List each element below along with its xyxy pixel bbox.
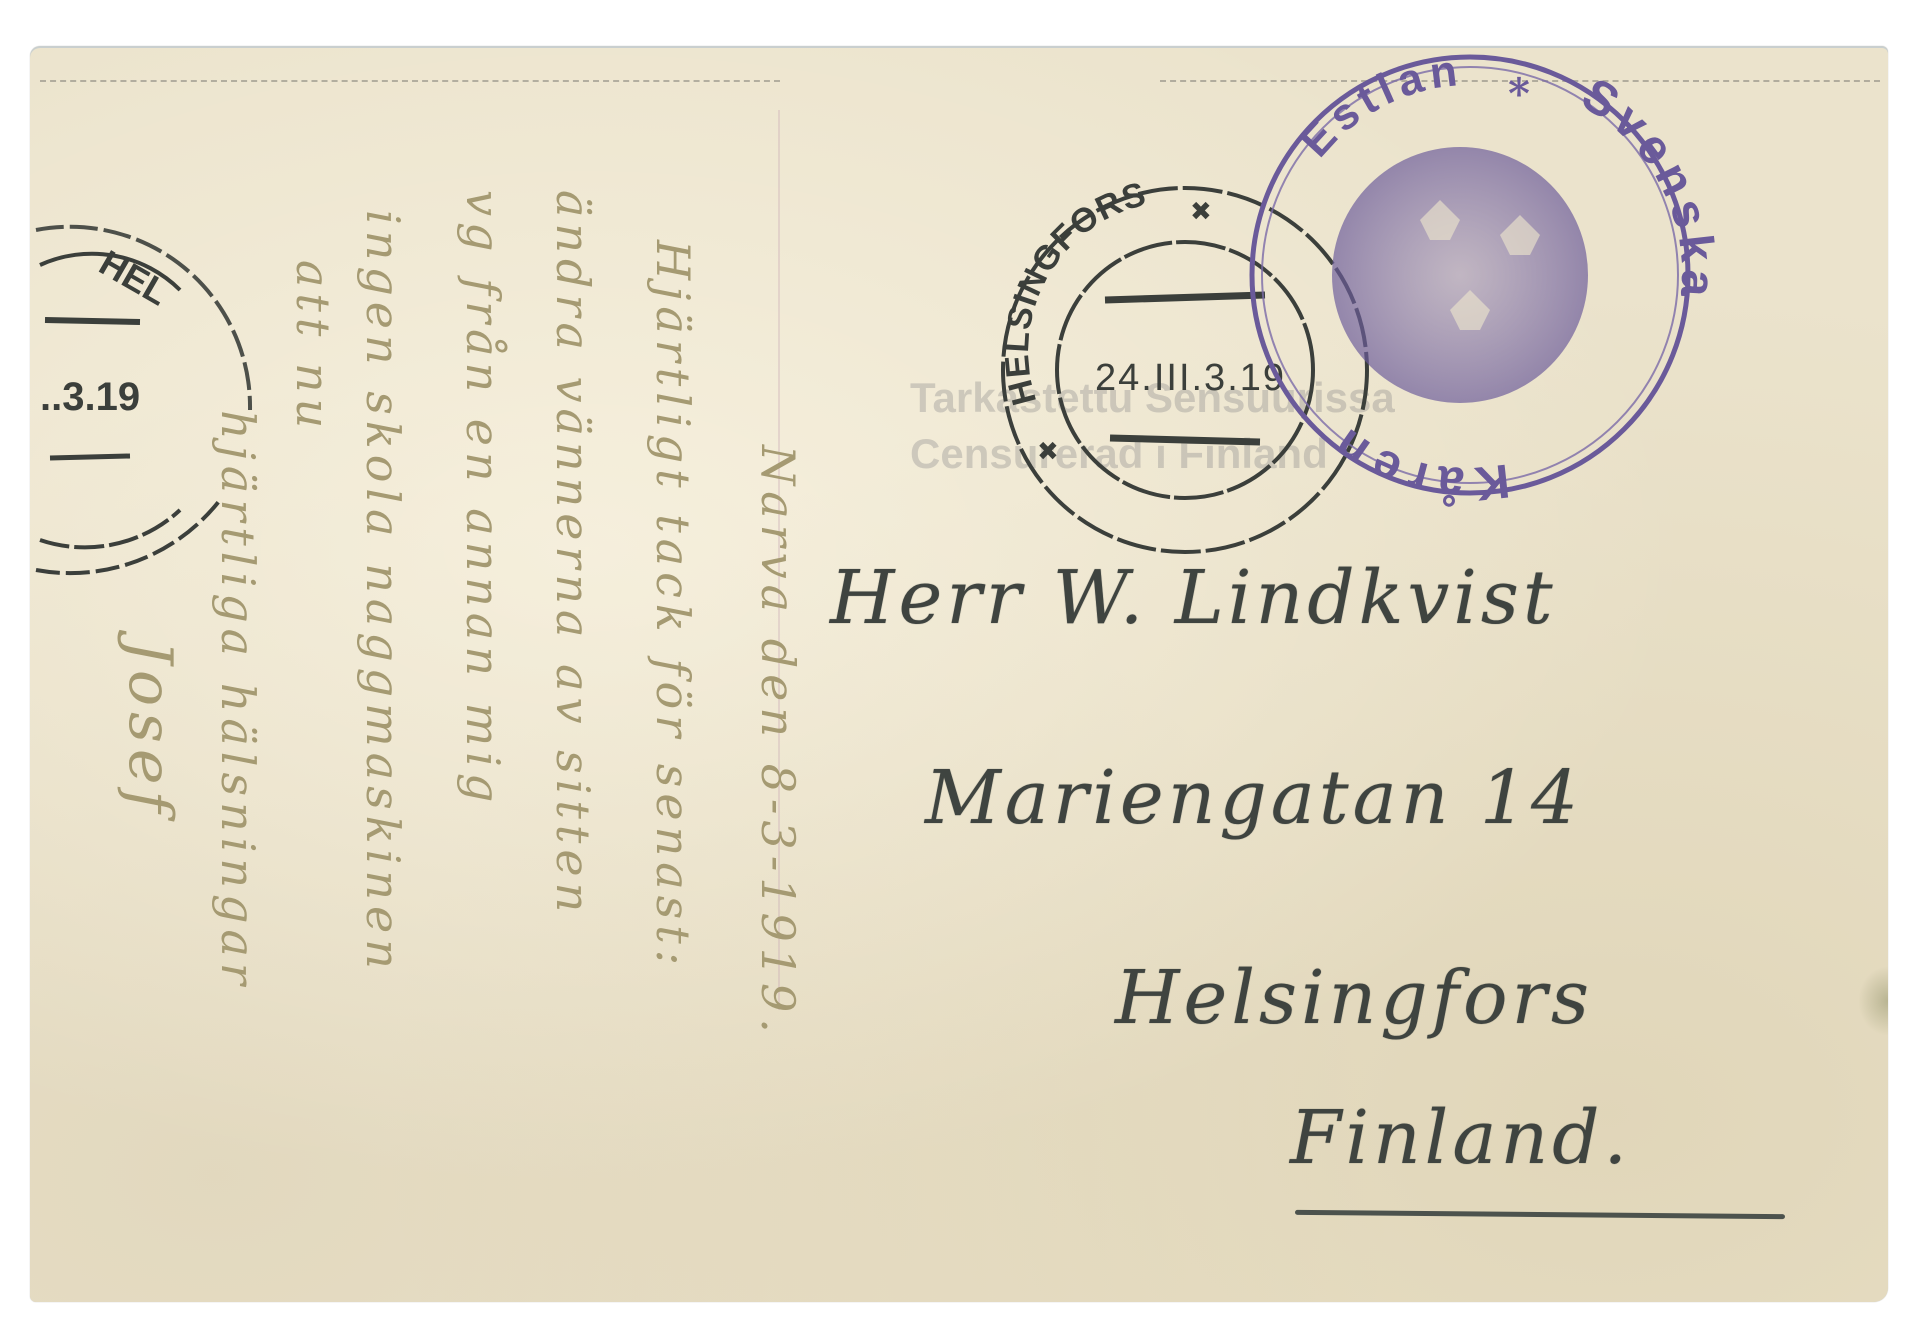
printed-rule-left (40, 80, 780, 83)
message-line-5: att nu (286, 260, 340, 434)
cachet-text-left: Estland (1224, 1, 1466, 166)
message-line-2: ändra vännerna av sitten (546, 190, 600, 918)
postmark-cross-icon-top: ✖ (1190, 197, 1212, 227)
postmark-left-date: ..3.19 (40, 375, 140, 419)
cachet-svenska-karen: Svenska Estland Kåren * (1240, 40, 1700, 510)
message-line-1: Hjärtligt tack för senast: (646, 240, 700, 971)
message-line-6: hjärtliga hälsningar (211, 410, 265, 991)
cachet-emblem (1332, 147, 1588, 403)
postmark-cross-icon: ✖ (1037, 437, 1059, 467)
address-line-4: Finland. (1290, 1095, 1631, 1181)
message-line-4: ingen skola naggmaskinen (356, 210, 410, 975)
asterisk-icon: * (1508, 69, 1530, 118)
address-line-3: Helsingfors (1115, 955, 1593, 1041)
edge-stain (1858, 966, 1888, 1036)
message-signature: Josef (115, 640, 185, 819)
message-line-3: vg från en annan mig (456, 190, 510, 808)
cachet-text-bottom: Kåren (1318, 414, 1512, 511)
address-line-1: Herr W. Lindkvist (830, 555, 1557, 641)
message-date-line: Narva den 8-3-1919. (751, 445, 805, 1039)
address-line-2: Mariengatan 14 (925, 755, 1582, 841)
